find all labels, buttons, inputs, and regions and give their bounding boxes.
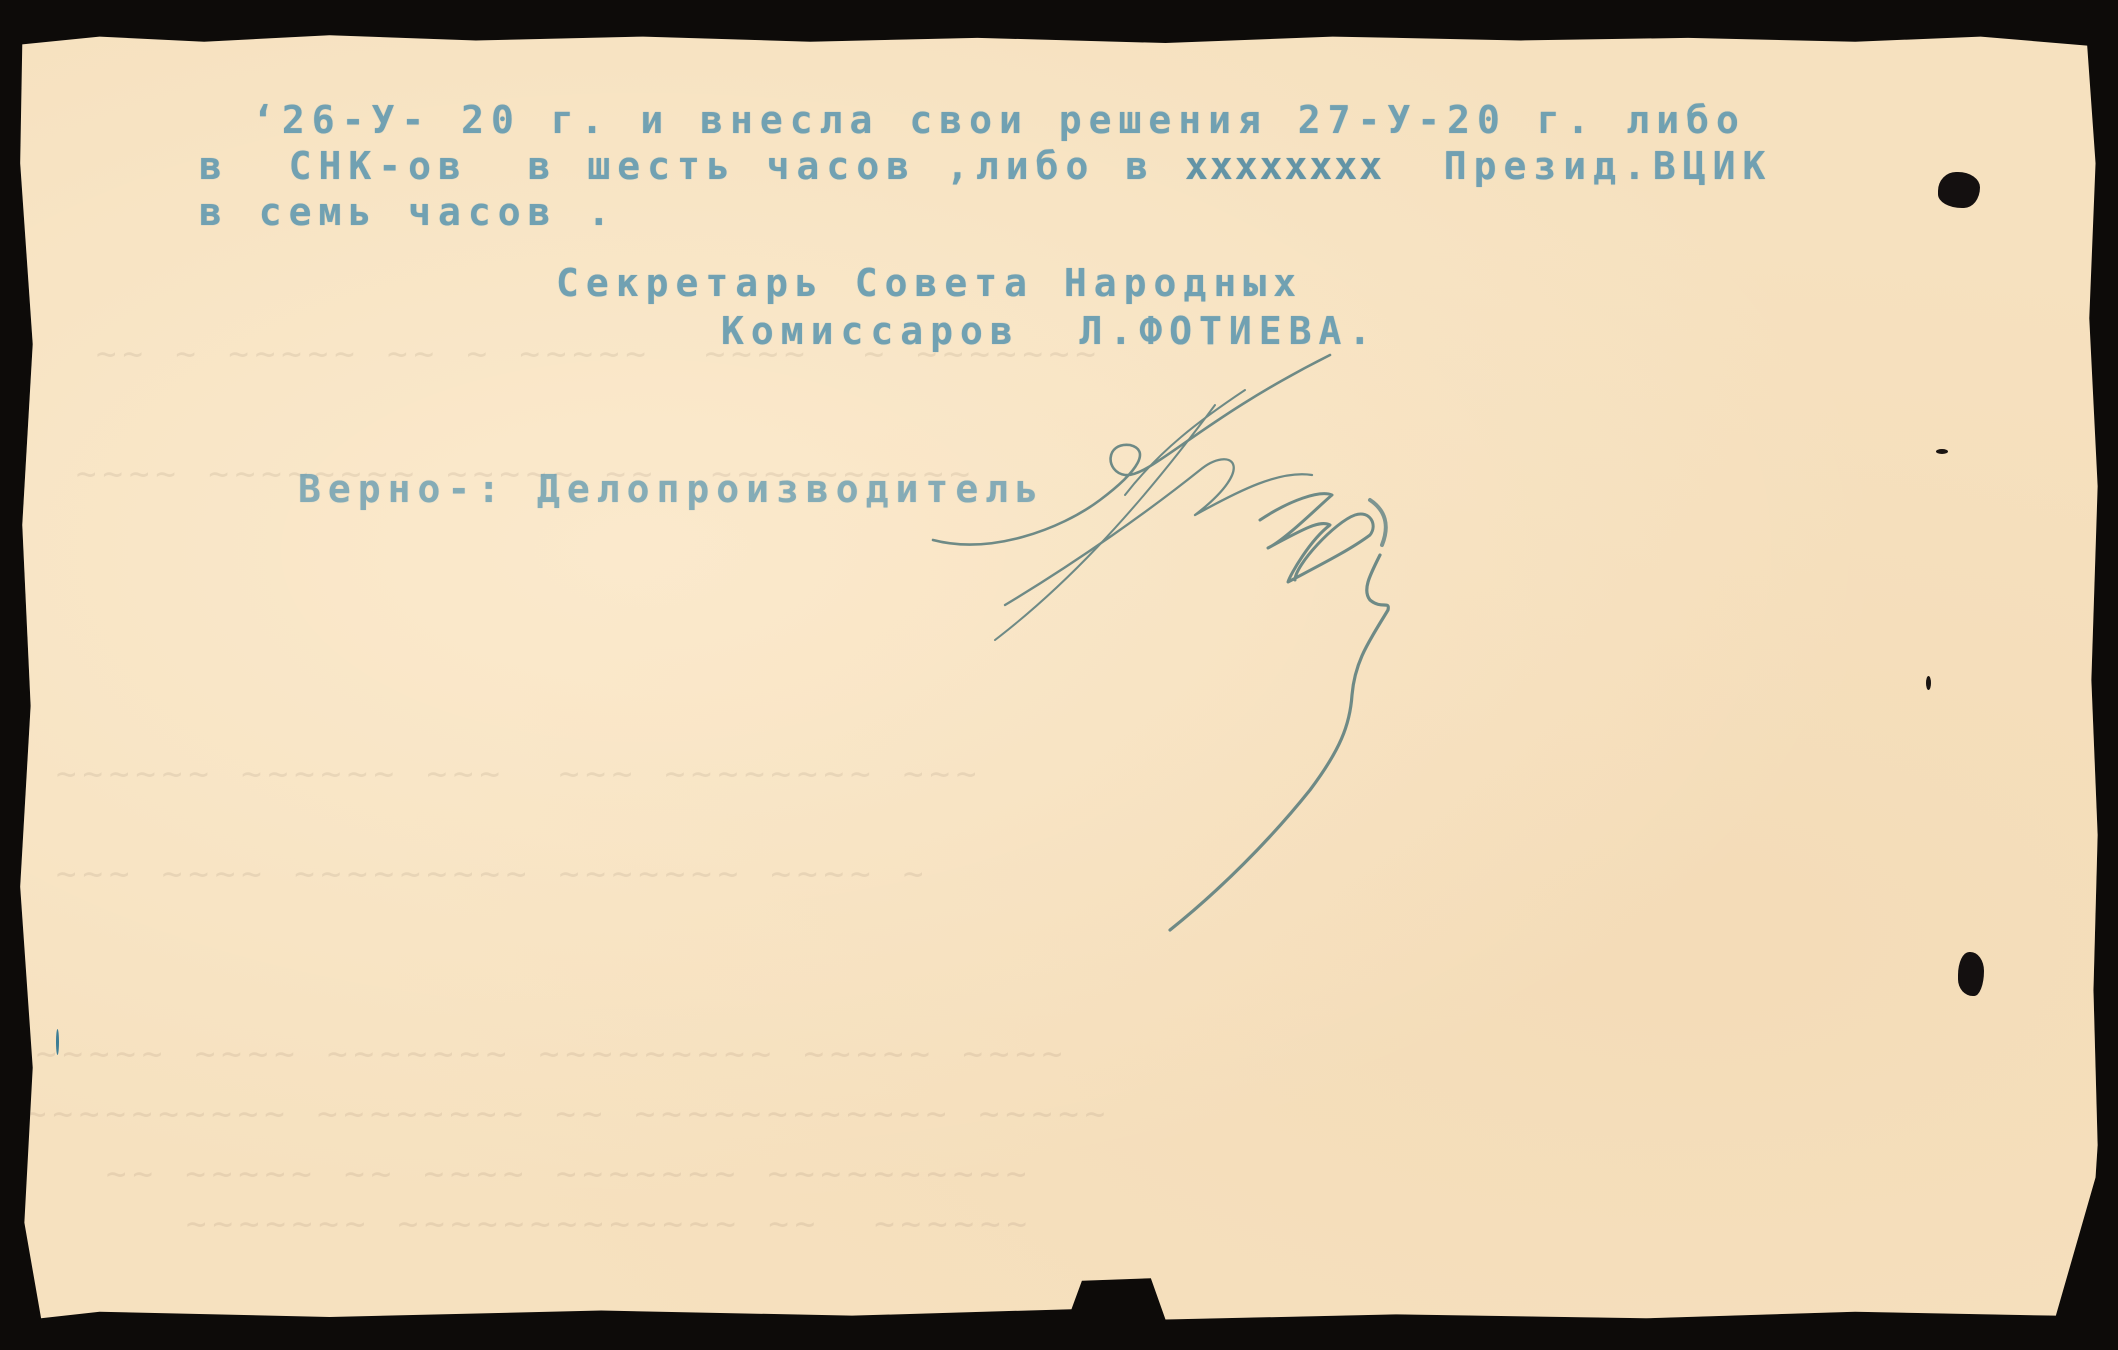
- show-through-text: ~~~ ~~~~ ~~~~~~~~~ ~~~~~~~ ~~~~ ~: [56, 854, 930, 894]
- ink-blot: [1958, 952, 1984, 996]
- paper-speck: [1936, 449, 1948, 454]
- signatory-title-line-1: Секретарь Совета Народных: [556, 261, 1303, 305]
- body-line-2-tail: Презид.ВЦИК: [1444, 144, 1773, 188]
- body-line-2-text: в СНК-ов в шесть часов ,либо в: [199, 144, 1155, 188]
- struck-out-word: xxxxxxxx: [1185, 144, 1384, 188]
- ink-blot: [1938, 172, 1980, 208]
- show-through-text: ~~~~~~~~~~ ~~~~~~~~ ~~ ~~~~~~~~~~~~ ~~~~…: [26, 1094, 1111, 1134]
- paper-speck: [1926, 676, 1931, 690]
- body-line-2: в СНК-ов в шесть часов ,либо в xxxxxxxx …: [199, 144, 1772, 188]
- body-line-1: ‘26-У- 20 г. и внесла свои решения 27-У-…: [252, 98, 1746, 142]
- scan-background: ~~ ~ ~~~~~ ~~ ~ ~~~~~ ~~~~ ~ ~~~~~~~ ~~~…: [0, 0, 2118, 1350]
- show-through-text: ~~~~~~ ~~~~~~ ~~~ ~~~ ~~~~~~~~ ~~~: [56, 754, 982, 794]
- ink-mark: [56, 1029, 59, 1055]
- show-through-text: ~~~~~~~ ~~~~~~~~~~~~~ ~~ ~~~~~~: [186, 1204, 1033, 1244]
- signatory-title-line-2: Комиссаров Л.ФОТИЕВА.: [721, 309, 1378, 353]
- handwritten-signature: [900, 350, 1460, 1050]
- show-through-text: ~~ ~~~~~ ~~ ~~~~ ~~~~~~~ ~~~~~~~~~~: [106, 1154, 1032, 1194]
- body-line-3: в семь часов .: [199, 190, 617, 234]
